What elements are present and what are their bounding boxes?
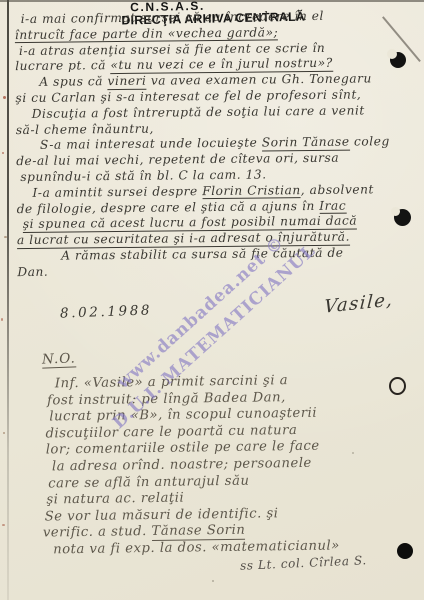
- text-segment: va avea examen cu Gh. Tonegaru: [146, 72, 372, 88]
- text-segment: A rămas stabilit ca sursa să fie căutată…: [61, 246, 344, 263]
- text-segment: care se află în anturajul său: [48, 473, 249, 491]
- hole-punch-ring: [389, 377, 406, 395]
- text-segment: I-a amintit sursei despre: [32, 184, 202, 200]
- text-segment: să-l cheme înăuntru,: [16, 121, 154, 136]
- text-segment: , absolvent: [301, 182, 374, 197]
- text-segment: coleg: [349, 135, 389, 149]
- text-segment: lor; comentariile ostile pe care le face: [46, 439, 320, 458]
- text-segment: Inf. «Vasile» a primit sarcini şi a: [55, 373, 288, 391]
- text-segment: lucrat prin «B», în scopul cunoaşterii: [49, 406, 317, 425]
- text-segment: Se vor lua măsuri de identific. şi: [45, 506, 279, 524]
- informer-note: i-a mai confirmat sursei că au încredere…: [15, 8, 418, 281]
- text-segment: nota va fi exp. la dos. «matematicianul»: [53, 538, 340, 557]
- text-segment: S-a mai interesat unde locuieşte: [40, 136, 262, 152]
- underlined-text: vineri: [107, 74, 146, 90]
- underlined-text: Sorin Tănase: [262, 135, 350, 151]
- hole-punch: [394, 209, 411, 226]
- hole-punch: [397, 543, 413, 559]
- paper-speck: [4, 236, 7, 238]
- date: 8.02.1988: [60, 302, 153, 321]
- text-segment: Dan.: [17, 265, 48, 279]
- informer-signature: Vasile,: [323, 289, 394, 318]
- text-segment: i-a atras atenţia sursei să fie atent ce…: [19, 40, 325, 57]
- paper-speck: [2, 524, 5, 526]
- text-segment: de-al lui mai vechi, repetent de cîteva …: [16, 151, 339, 168]
- hole-punch-notch: [387, 49, 397, 59]
- text-segment: la adresa orînd. noastre; persoanele: [52, 456, 312, 475]
- officer-signature: ss Lt. col. Cîrlea S.: [240, 553, 367, 573]
- paper-speck: [1, 318, 3, 321]
- paper-speck: [352, 452, 354, 454]
- text-segment: discuţiilor care le poartă cu natura: [45, 423, 297, 442]
- underlined-text: Irac: [319, 198, 346, 214]
- document-scan-page: C.N.S.A.S. DIRECŢIA ARHIVA CENTRALĂ i-a …: [0, 0, 424, 600]
- text-segment: şi natura ac. relaţii: [46, 491, 184, 508]
- text-segment: Discuţia a fost întreruptă de soţia lui …: [32, 103, 365, 120]
- underlined-text: Florin Cristian: [202, 183, 301, 200]
- paper-speck: [2, 152, 4, 154]
- hole-punch-notch: [391, 207, 400, 216]
- text-segment: i-a mai confirmat sursei că au încredere…: [21, 9, 324, 26]
- text-segment: fost instruit: pe lîngă Badea Dan,: [47, 390, 286, 408]
- text-segment: şi cu Carlan şi s-a interesat ce fel de …: [15, 87, 361, 105]
- paper-speck: [212, 580, 214, 582]
- paper-speck: [3, 96, 6, 99]
- text-segment: verific. a stud.: [43, 524, 152, 541]
- hole-punch: [390, 52, 406, 68]
- officer-note-heading: N.O.: [42, 350, 76, 368]
- officer-note: Inf. «Vasile» a primit sarcini şi afost …: [39, 371, 412, 559]
- underlined-text: Tănase Sorin: [151, 523, 245, 541]
- text-segment: spunîndu-i că stă în bl. C la cam. 13.: [20, 167, 266, 184]
- text-segment: de filologie, despre care el ştia că a a…: [17, 198, 320, 215]
- paper-speck: [3, 432, 5, 434]
- scan-edge-left: [7, 0, 9, 600]
- scan-edge-top: [0, 0, 424, 2]
- text-segment: lucrare pt. că: [15, 58, 110, 73]
- text-segment: A spus că: [39, 74, 107, 89]
